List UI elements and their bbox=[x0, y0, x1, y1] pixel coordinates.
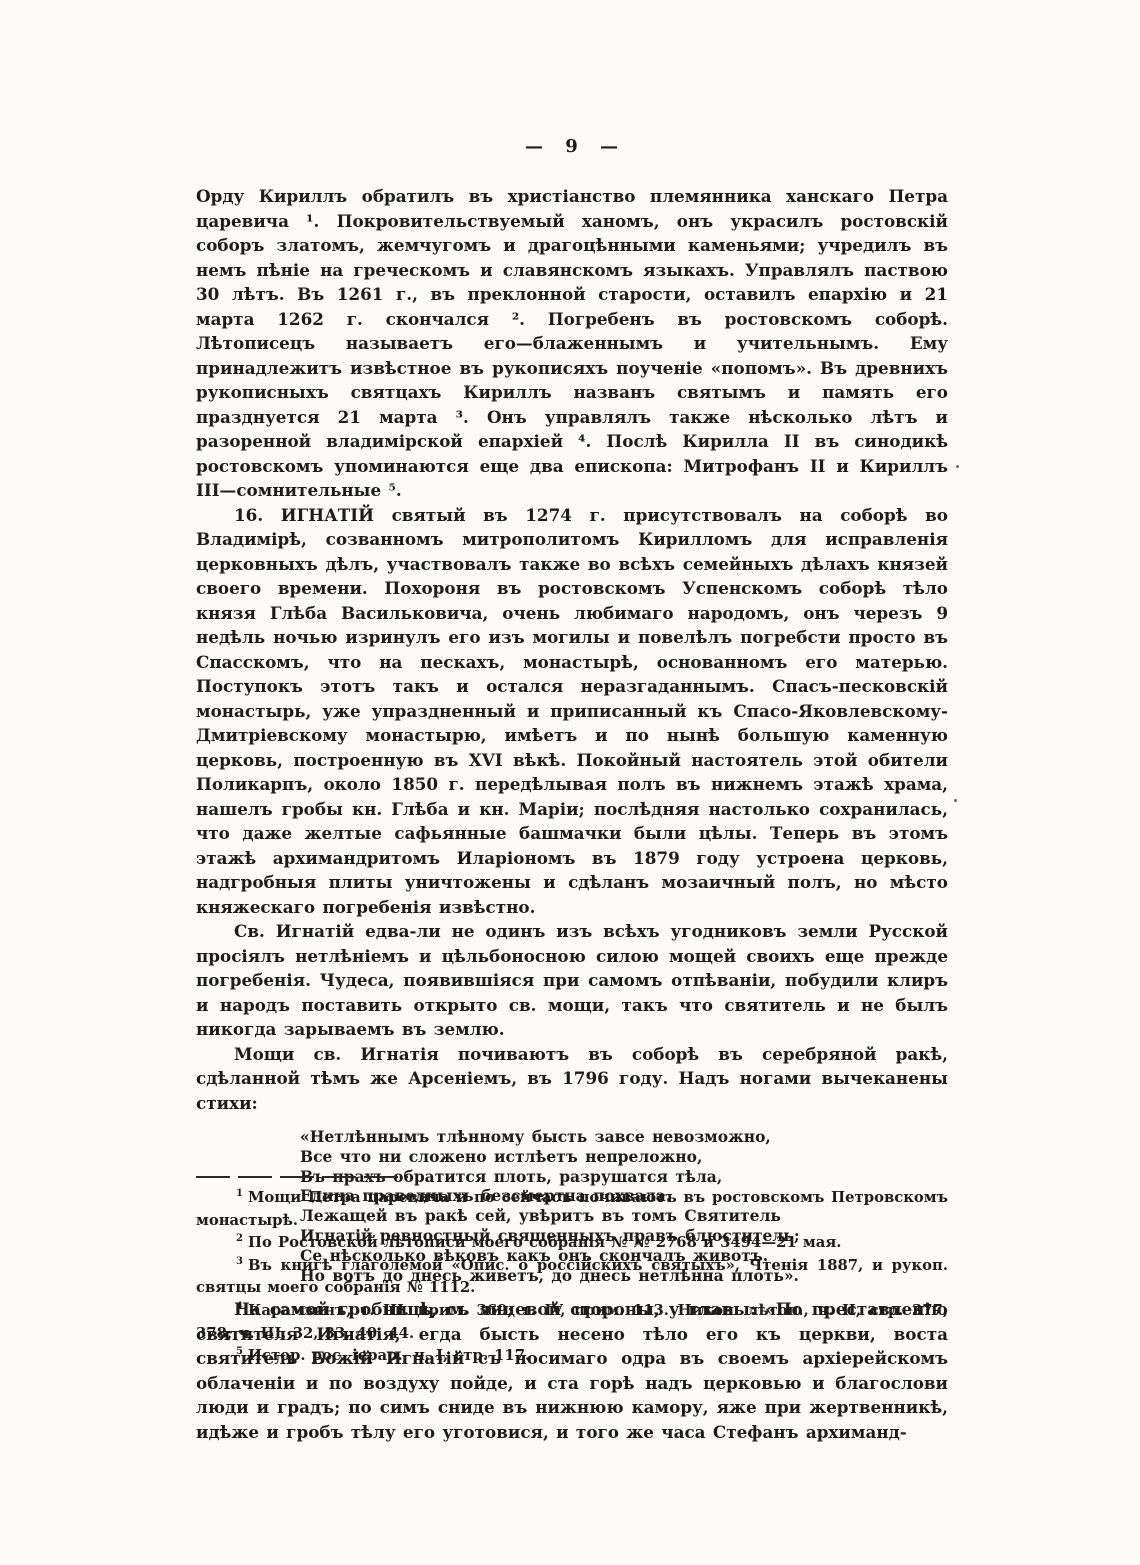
footnote-marker: 4 bbox=[236, 1301, 243, 1312]
footnote-text: Мощи Петра царевича и по сейчасъ почиваю… bbox=[196, 1189, 948, 1229]
verse-line: «Нетлѣннымъ тлѣнному бысть завсе невозмо… bbox=[300, 1127, 948, 1147]
paragraph-kirill-continuation: Орду Кириллъ обратилъ въ христіанство пл… bbox=[196, 184, 948, 503]
footnote-item: 5Истор. рос. іерар., ч. I, стр. 117. bbox=[196, 1345, 948, 1368]
footnote-marker: 1 bbox=[236, 1188, 243, 1199]
paragraph-relics-incorrupt: Св. Игнатій едва-ли не одинъ изъ всѣхъ у… bbox=[196, 919, 948, 1042]
scan-speck bbox=[956, 465, 959, 468]
footnote-text: Истор. рос. іерар., ч. I, стр. 117. bbox=[248, 1347, 530, 1364]
footnote-marker: 5 bbox=[236, 1346, 243, 1357]
footnote-separator-rule bbox=[196, 1176, 408, 1178]
verse-line: Все что ни сложено истлѣетъ непреложно, bbox=[300, 1147, 948, 1167]
scan-speck bbox=[954, 799, 957, 802]
page-number: — 9 — bbox=[196, 136, 948, 157]
footnote-text: По Ростовской лѣтописи моего собранія № … bbox=[248, 1234, 841, 1251]
footnote-text: Карамзинъ, т. III. прим. 369; т. IV, при… bbox=[196, 1302, 948, 1342]
book-page-scan: — 9 — Орду Кириллъ обратилъ въ христіанс… bbox=[0, 0, 1140, 1565]
footnote-item: 2По Ростовской лѣтописи моего собранія №… bbox=[196, 1232, 948, 1255]
paragraph-silver-shrine: Мощи св. Игнатія почиваютъ въ соборѣ въ … bbox=[196, 1042, 948, 1116]
footnote-text: Въ книгѣ глаголемой «Опис. о россійскихъ… bbox=[196, 1257, 948, 1297]
footnote-item: 3Въ книгѣ глаголемой «Опис. о россійских… bbox=[196, 1255, 948, 1300]
footnote-item: 1Мощи Петра царевича и по сейчасъ почива… bbox=[196, 1187, 948, 1232]
footnote-item: 4Карамзинъ, т. III. прим. 369; т. IV, пр… bbox=[196, 1300, 948, 1345]
footnote-marker: 3 bbox=[236, 1256, 243, 1267]
paragraph-ignatiy-16: 16. ИГНАТІЙ святый въ 1274 г. присутство… bbox=[196, 503, 948, 920]
footnote-marker: 2 bbox=[236, 1233, 243, 1244]
footnotes-section: 1Мощи Петра царевича и по сейчасъ почива… bbox=[196, 1176, 948, 1368]
